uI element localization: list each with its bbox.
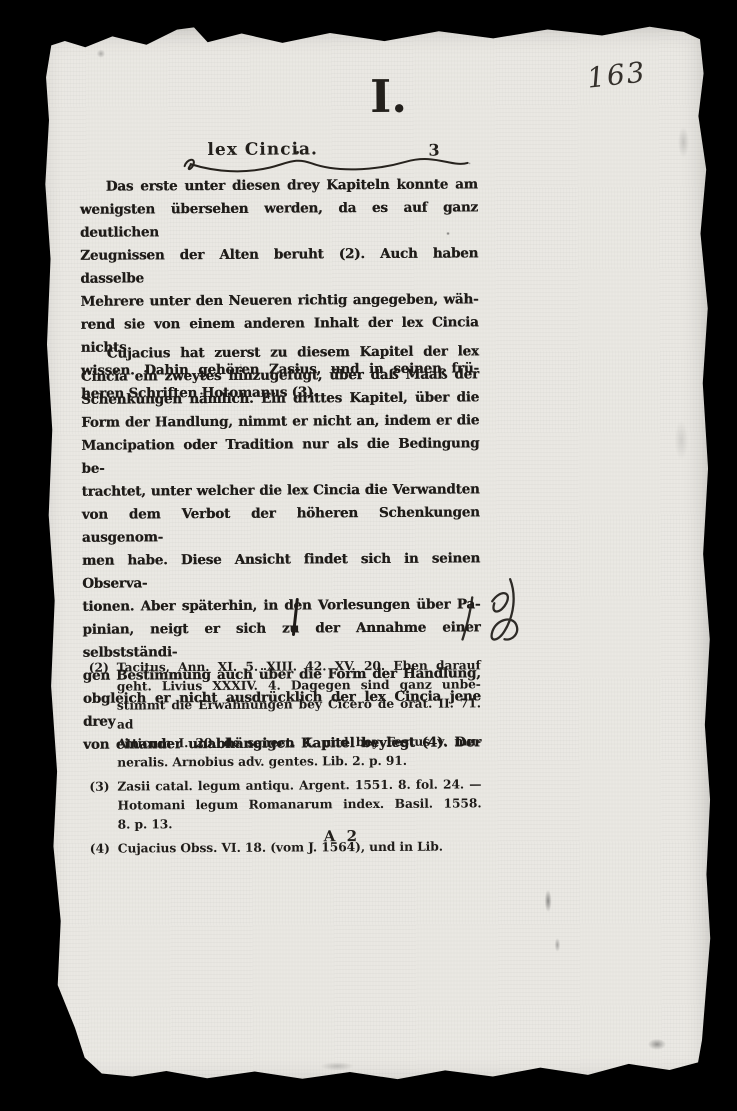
text-line: Cujacius hat zuerst zu diesem Kapitel de… [81, 340, 479, 365]
text-line: Das erste unter diesen drey Kapiteln kon… [80, 173, 478, 198]
text-line: Mancipation oder Tradition nur als die B… [81, 432, 479, 480]
paper-sheet: 163 I. lex Cincia. 3 Das erste unter die… [31, 20, 718, 1092]
text-line: Zeugnissen der Alten beruht (2). Auch ha… [80, 242, 478, 290]
footnote-text: Cujacius Obss. VI. 18. (vom J. 1564), un… [118, 836, 482, 857]
footnotes-block: (2) Tacitus, Ann. XI. 5. XIII. 42. XV. 2… [89, 655, 482, 862]
footnote-text: Tacitus, Ann. XI. 5. XIII. 42. XV. 20. E… [117, 655, 482, 771]
text-line: Form der Handlung, nimmt er nicht an, in… [81, 409, 479, 434]
text-line: tionen. Aber späterhin, in den Vorlesung… [82, 593, 480, 618]
scanned-book-page: { "colors":{ "background":"#000000", "pa… [0, 0, 737, 1111]
text-line: geht. Livius XXXIV. 4. Dagegen sind ganz… [117, 674, 481, 695]
text-line: men habe. Diese Ansicht findet sich in s… [82, 547, 480, 595]
handwritten-folio-number: 163 [585, 55, 648, 94]
footnote-3: (3) Zasii catal. legum antiqu. Argent. 1… [89, 774, 481, 833]
text-line: neralis. Arnobius adv. gentes. Lib. 2. p… [117, 750, 481, 771]
footnote-marker: (2) [89, 658, 118, 772]
text-line: Schenkungen nämlich. Ein drittes Kapitel… [81, 386, 479, 411]
text-line: Mehrere unter den Neueren richtig angege… [80, 288, 478, 313]
footnote-2: (2) Tacitus, Ann. XI. 5. XIII. 42. XV. 2… [89, 655, 482, 771]
footnote-marker: (3) [89, 777, 117, 834]
text-line: stimmt die Erwähnungen bey Cicero de ora… [117, 693, 481, 733]
text-line: von dem Verbot der höheren Schenkungen a… [82, 501, 480, 549]
footnote-text: Zasii catal. legum antiqu. Argent. 1551.… [117, 774, 481, 833]
footnote-marker: (4) [90, 839, 118, 858]
text-line: Atticum I. 20. de senect. 4. und bey Fes… [117, 731, 481, 752]
text-line: wenigsten übersehen werden, da es auf ga… [80, 196, 478, 244]
text-line: trachtet, unter welcher die lex Cincia d… [82, 478, 480, 503]
text-line: 8. p. 13. [118, 812, 482, 833]
handwritten-section-numeral: I. [370, 70, 407, 123]
text-line: Cincia ein zweytes hinzugefügt, über daß… [81, 363, 479, 388]
footnote-4: (4) Cujacius Obss. VI. 18. (vom J. 1564)… [90, 836, 482, 857]
text-line: Tacitus, Ann. XI. 5. XIII. 42. XV. 20. E… [117, 655, 481, 676]
text-line: Cujacius Obss. VI. 18. (vom J. 1564), un… [118, 836, 482, 857]
signature-mark: A 2 [324, 827, 360, 845]
handwritten-underline-squiggle-icon [178, 147, 478, 175]
text-line: Zasii catal. legum antiqu. Argent. 1551.… [117, 774, 481, 795]
text-line: Hotomani legum Romanarum index. Basil. 1… [117, 793, 481, 814]
